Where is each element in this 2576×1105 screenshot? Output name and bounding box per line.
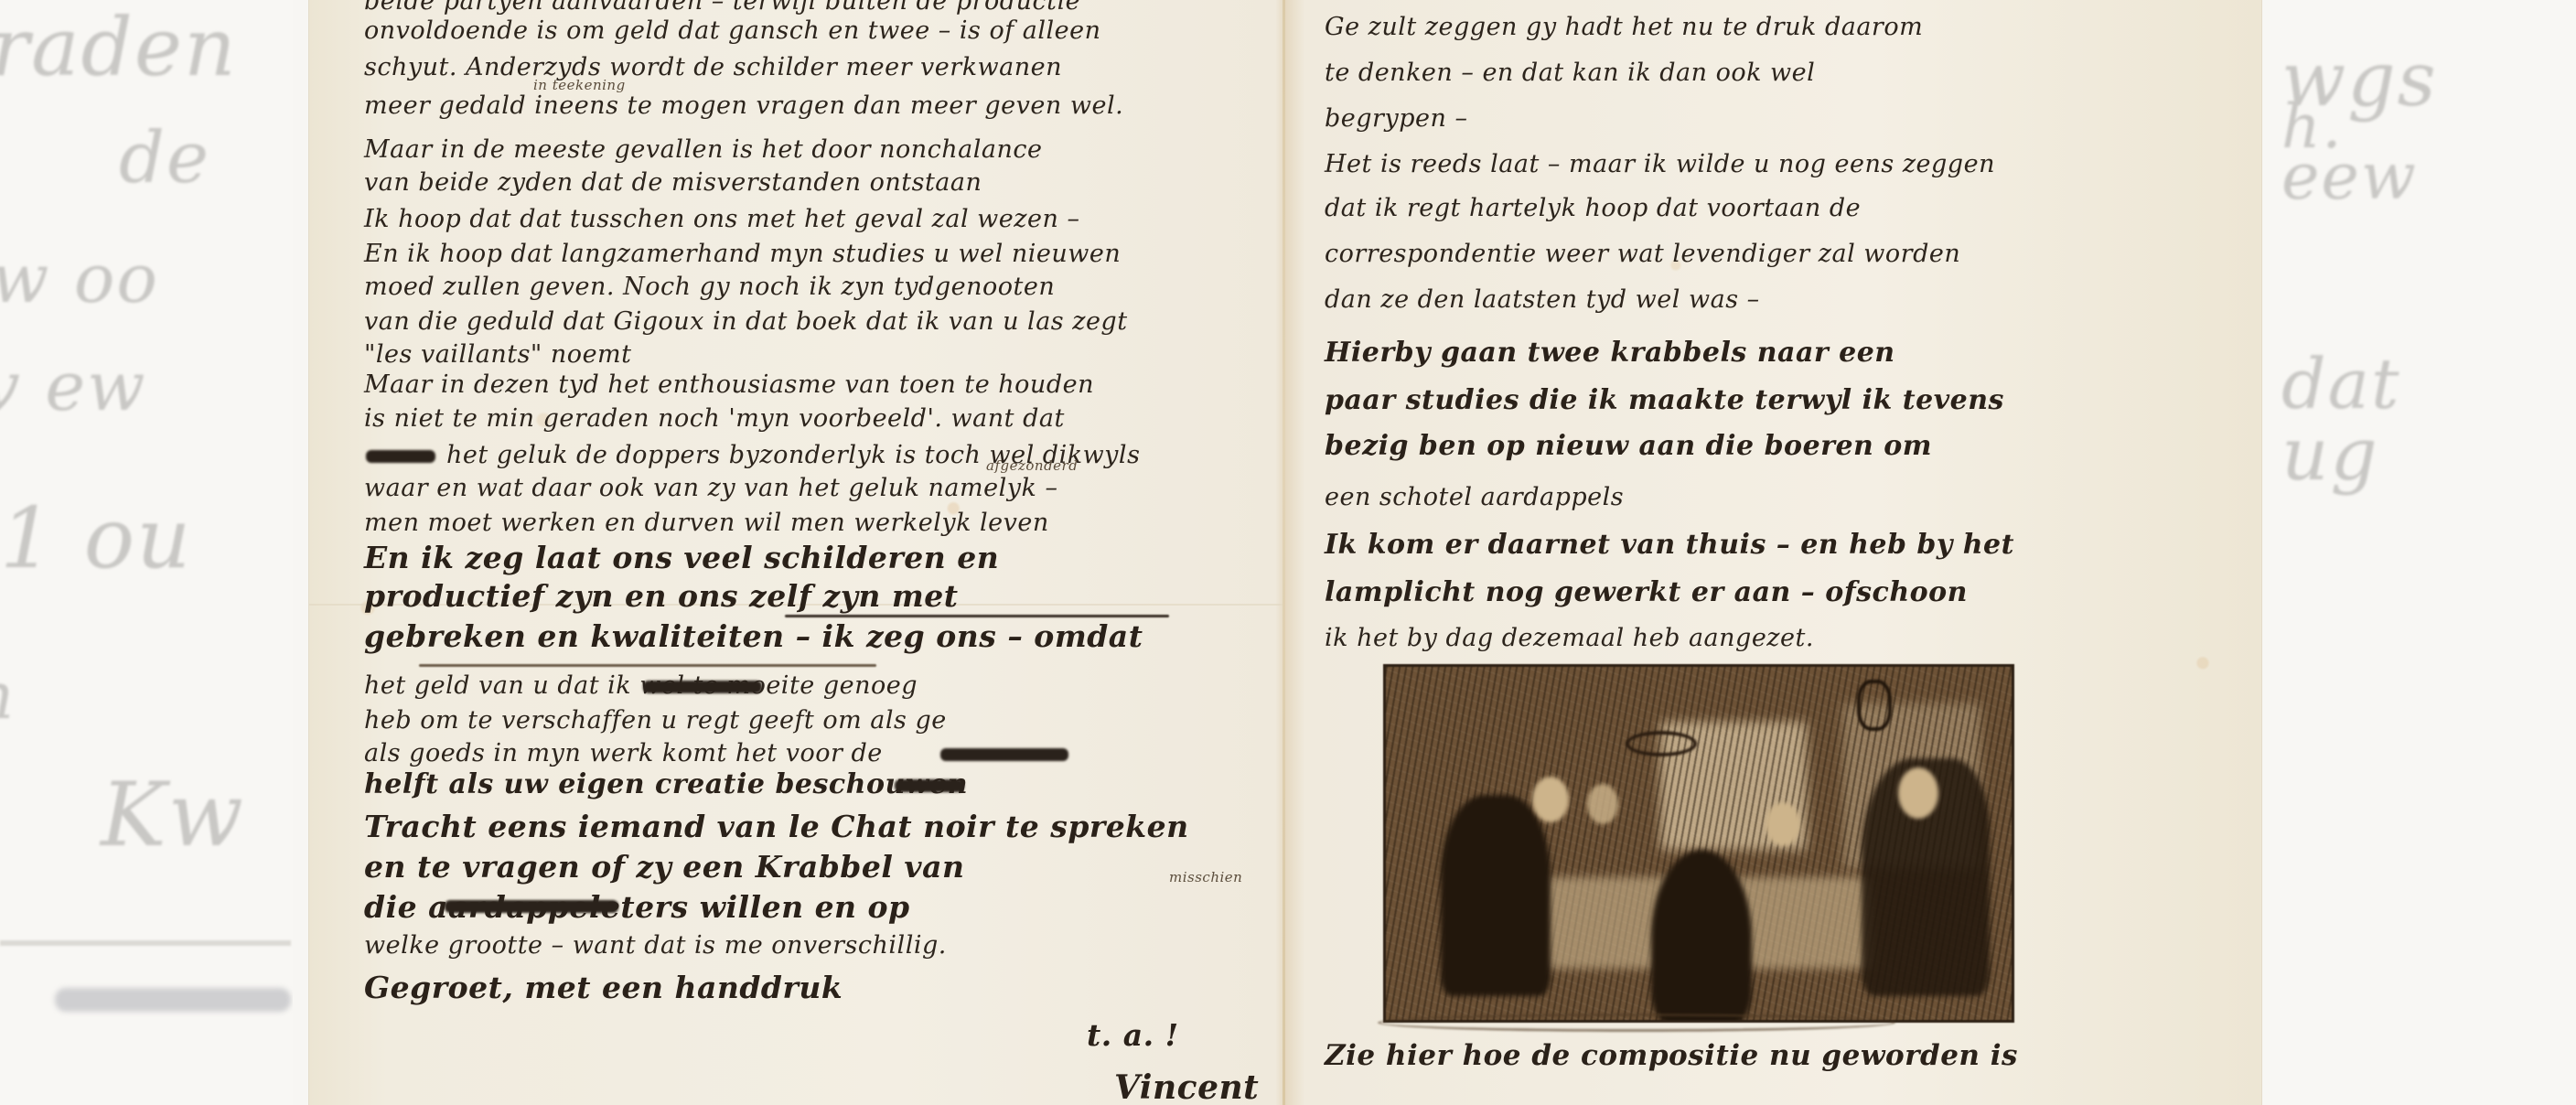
handwritten-line: Ik kom er daarnet van thuis – en heb by …: [1325, 529, 2014, 561]
handwritten-line: Het is reeds laat – maar ik wilde u nog …: [1325, 150, 1995, 178]
signature: Vincent: [1114, 1068, 1259, 1105]
strikethrough-mark: [940, 748, 1068, 761]
closing-initials: t. a. !: [1087, 1017, 1179, 1053]
handwritten-line: bezig ben op nieuw aan die boeren om: [1325, 430, 1932, 462]
handwritten-line: Hierby gaan twee krabbels naar een: [1325, 337, 1895, 369]
handwritten-line: dan ze den laatsten tyd wel was –: [1325, 285, 1760, 314]
handwritten-line: En ik hoop dat langzamerhand myn studies…: [364, 240, 1121, 268]
handwritten-line: van beide zyden dat de misverstanden ont…: [364, 168, 982, 197]
ghost-word: raden: [0, 0, 238, 94]
handwritten-line: productief zyn en ons zelf zyn met: [364, 578, 959, 614]
ghost-word: ug: [2281, 412, 2379, 497]
underline-mark: [785, 615, 1169, 617]
letter-page-left: beide partyen aanvaarden – terwijl buite…: [364, 0, 1270, 1105]
handwritten-line: Maar in de meeste gevallen is het door n…: [364, 135, 1042, 164]
backdrop-right-faded-handwriting: wgs h. eew dat ug: [2263, 0, 2576, 1105]
sketch-face: [1766, 802, 1800, 846]
handwritten-line: Ik hoop dat dat tusschen ons met het gev…: [364, 205, 1079, 233]
handwritten-line: Ge zult zeggen gy hadt het nu te druk da…: [1325, 13, 1923, 41]
underline-mark: [419, 664, 876, 667]
handwritten-line: en te vragen of zy een Krabbel van: [364, 849, 964, 885]
handwritten-line: waar en wat daar ook van zy van het gelu…: [364, 474, 1057, 502]
handwritten-line: helft als uw eigen creatie beschouwen: [364, 768, 968, 800]
wall-clock-icon: [1857, 680, 1892, 731]
handwritten-line: Gegroet, met een handdruk: [364, 970, 843, 1005]
handwritten-line: begrypen –: [1325, 104, 1467, 133]
sketch-floor-line: [1378, 1014, 1895, 1032]
ghost-word: Kw: [101, 764, 245, 866]
handwritten-line: moed zullen geven. Noch gy noch ik zyn t…: [364, 273, 1055, 301]
handwritten-line: is niet te min geraden noch 'myn voorbee…: [364, 404, 1065, 433]
potato-eaters-sketch: [1383, 664, 2014, 1023]
handwritten-line: lamplicht nog gewerkt er aan – ofschoon: [1325, 576, 1968, 608]
handwritten-line: ik het by dag dezemaal heb aangezet.: [1325, 624, 1814, 652]
hanging-lamp-icon: [1626, 731, 1697, 756]
ghost-word: w oo: [0, 240, 159, 318]
interlinear-note: misschien: [1169, 869, 1242, 885]
letter-sheet: beide partyen aanvaarden – terwijl buite…: [309, 0, 2261, 1105]
handwritten-line: heb om te verschaffen u regt geeft om al…: [364, 706, 947, 735]
sketch-face: [1532, 777, 1569, 822]
handwritten-line: een schotel aardappels: [1325, 483, 1624, 511]
handwritten-line: meer gedald ineens te mogen vragen dan m…: [364, 91, 1123, 120]
ghost-word: 1 ou: [0, 489, 192, 587]
handwritten-line: "les vaillants" noemt: [364, 340, 632, 369]
strikethrough-mark: [445, 900, 618, 913]
strikethrough-mark: [643, 681, 762, 693]
strikethrough-mark: [895, 779, 964, 792]
handwritten-line: beide partyen aanvaarden – terwijl buite…: [364, 0, 1080, 16]
handwritten-line: paar studies die ik maakte terwyl ik tev…: [1325, 384, 2004, 416]
ghost-word: de: [119, 117, 210, 199]
ghost-word: v ew: [0, 348, 146, 426]
handwritten-line: te denken – en dat kan ik dan ook wel: [1325, 59, 1815, 87]
page-fold: [1283, 0, 1285, 1105]
interlinear-note: afgezonderd: [986, 457, 1078, 474]
sketch-face: [1898, 767, 1938, 819]
handwritten-line: correspondentie weer wat levendiger zal …: [1325, 240, 1960, 268]
handwritten-line: Tracht eens iemand van le Chat noir te s…: [364, 809, 1189, 844]
handwritten-line: onvoldoende is om geld dat gansch en twe…: [364, 16, 1101, 45]
sketch-figure-left: [1441, 795, 1551, 996]
sketch-face: [1587, 784, 1618, 824]
handwritten-line: Zie hier hoe de compositie nu geworden i…: [1325, 1039, 2018, 1072]
handwritten-line: Maar in dezen tyd het enthousiasme van t…: [364, 370, 1094, 399]
strikethrough-mark: [366, 450, 435, 463]
handwritten-line: welke grootte – want dat is me onverschi…: [364, 931, 947, 960]
handwritten-line: als goeds in myn werk komt het voor de: [364, 739, 883, 767]
handwritten-line: schyut. Anderzyds wordt de schilder meer…: [364, 53, 1062, 81]
handwritten-line: En ik zeg laat ons veel schilderen en: [364, 540, 999, 575]
ghost-underline: [0, 940, 291, 946]
handwritten-line: men moet werken en durven wil men werkel…: [364, 509, 1049, 537]
handwritten-line: het geld van u dat ik wel te moeite geno…: [364, 671, 918, 700]
handwritten-line: gebreken en kwaliteiten – ik zeg ons – o…: [364, 618, 1143, 654]
handwritten-line: van die geduld dat Gigoux in dat boek da…: [364, 307, 1128, 336]
handwritten-line: dat ik regt hartelyk hoop dat voortaan d…: [1325, 194, 1861, 222]
ghost-word: eew: [2281, 139, 2418, 214]
ghost-word: n: [0, 659, 16, 734]
backdrop-left-faded-handwriting: raden de w oo v ew 1 ou n Kw: [0, 0, 293, 1105]
ghost-strikeout: [55, 988, 291, 1012]
sketch-figure-center-back: [1651, 850, 1752, 1023]
